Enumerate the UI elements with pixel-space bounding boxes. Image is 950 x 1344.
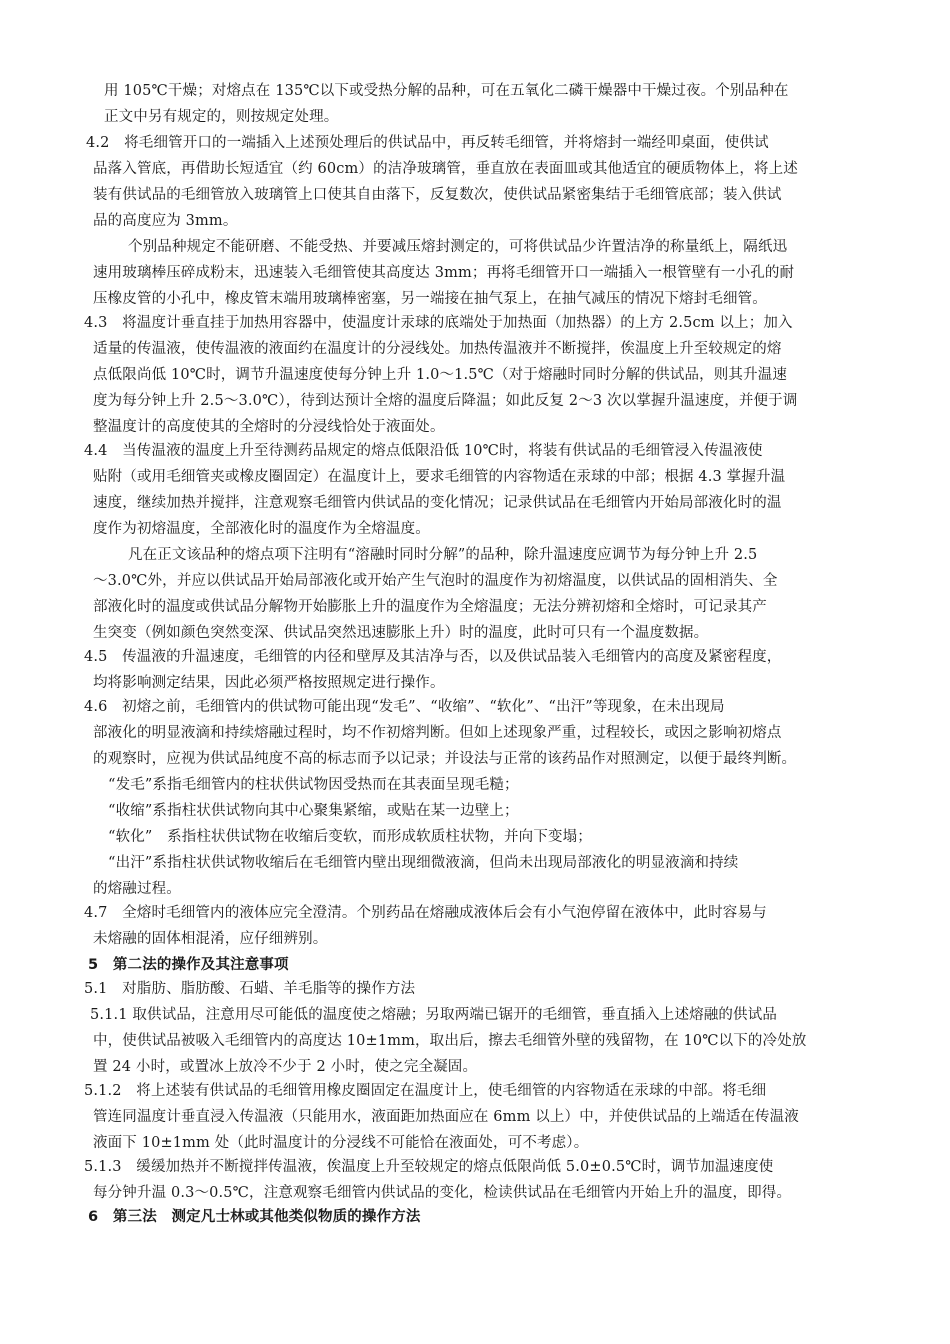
- text-line: 部液化的明显液滴和持续熔融过程时，均不作初熔判断。但如上述现象严重，过程较长，或…: [93, 722, 782, 744]
- text-line: “软化” 系指柱状供试物在收缩后变软，而形成软质柱状物，并向下变塌；: [108, 826, 592, 848]
- text-line: 5.1.2 将上述装有供试品的毛细管用橡皮圈固定在温度计上，使毛细管的内容物适在…: [84, 1080, 766, 1102]
- text-line: 4.3 将温度计垂直挂于加热用容器中，使温度计汞球的底端处于加热面（加热器）的上…: [84, 312, 793, 334]
- text-line: “出汗”系指柱状供试物收缩后在毛细管内壁出现细微液滴，但尚未出现局部液化的明显液…: [108, 852, 738, 874]
- text-line: ～3.0℃外，并应以供试品开始局部液化或开始产生气泡时的温度作为初熔温度，以供试…: [93, 570, 777, 592]
- text-line: 5.1 对脂肪、脂肪酸、石蜡、羊毛脂等的操作方法: [84, 978, 415, 1000]
- text-line: 4.5 传温液的升温速度，毛细管的内径和壁厚及其洁净与否，以及供试品装入毛细管内…: [84, 646, 781, 668]
- text-line: 压橡皮管的小孔中，橡皮管末端用玻璃棒密塞，另一端接在抽气泵上，在抽气减压的情况下…: [93, 288, 767, 310]
- text-line: “收缩”系指柱状供试物向其中心聚集紧缩，或贴在某一边壁上；: [108, 800, 519, 822]
- text-line: 中，使供试品被吸入毛细管内的高度达 10±1mm，取出后，擦去毛细管外壁的残留物…: [93, 1030, 807, 1052]
- text-line: 适量的传温液，使传温液的液面约在温度计的分浸线处。加热传温液并不断搅拌，俟温度上…: [93, 338, 782, 360]
- text-line: 用 105℃干燥；对熔点在 135℃以下或受热分解的品种，可在五氧化二磷干燥器中…: [104, 80, 789, 102]
- text-line: 置 24 小时，或置冰上放冷不少于 2 小时，使之完全凝固。: [93, 1056, 477, 1078]
- text-line: 部液化时的温度或供试品分解物开始膨胀上升的温度作为全熔温度；无法分辨初熔和全熔时…: [93, 596, 767, 618]
- text-line: 度为每分钟上升 2.5～3.0℃），待到达预计全熔的温度后降温；如此反复 2～3…: [93, 390, 797, 412]
- section-heading: 6 第三法 测定凡士林或其他类似物质的操作方法: [88, 1206, 421, 1228]
- text-line: 品落入管底，再借助长短适宜（约 60cm）的洁净玻璃管，垂直放在表面皿或其他适宜…: [93, 158, 798, 180]
- text-line: 品的高度应为 3mm。: [93, 210, 237, 232]
- text-line: 速度，继续加热并搅拌，注意观察毛细管内供试品的变化情况；记录供试品在毛细管内开始…: [93, 492, 782, 514]
- text-line: 5.1.3 缓缓加热并不断搅拌传温液，俟温度上升至较规定的熔点低限尚低 5.0±…: [84, 1156, 773, 1178]
- text-line: 凡在正文该品种的熔点项下注明有“溶融时同时分解”的品种，除升温速度应调节为每分钟…: [128, 544, 757, 566]
- text-line: 每分钟升温 0.3～0.5℃，注意观察毛细管内供试品的变化，检读供试品在毛细管内…: [93, 1182, 791, 1204]
- text-line: 4.6 初熔之前，毛细管内的供试物可能出现“发毛”、“收缩”、“软化”、“出汗”…: [84, 696, 725, 718]
- text-line: 个别品种规定不能研磨、不能受热、并要减压熔封测定的，可将供试品少许置洁净的称量纸…: [128, 236, 787, 258]
- text-line: 度作为初熔温度，全部液化时的温度作为全熔温度。: [93, 518, 430, 540]
- text-line: 4.7 全熔时毛细管内的液体应完全澄清。个别药品在熔融成液体后会有小气泡停留在液…: [84, 902, 767, 924]
- text-line: “发毛”系指毛细管内的柱状供试物因受热而在其表面呈现毛糙；: [108, 774, 519, 796]
- text-line: 4.2 将毛细管开口的一端插入上述预处理后的供试品中，再反转毛细管，并将熔封一端…: [86, 132, 769, 154]
- text-line: 生突变（例如颜色突然变深、供试品突然迅速膨胀上升）时的温度，此时可只有一个温度数…: [93, 622, 708, 644]
- text-line: 液面下 10±1mm 处（此时温度计的分浸线不可能恰在液面处，可不考虑）。: [93, 1132, 588, 1154]
- text-line: 装有供试品的毛细管放入玻璃管上口使其自由落下，反复数次，使供试品紧密集结于毛细管…: [93, 184, 782, 206]
- text-line: 均将影响测定结果，因此必须严格按照规定进行操作。: [93, 672, 445, 694]
- text-line: 5.1.1 取供试品，注意用尽可能低的温度使之熔融；另取两端已锯开的毛细管，垂直…: [90, 1004, 777, 1026]
- text-line: 未熔融的固体相混淆，应仔细辨别。: [93, 928, 327, 950]
- text-line: 点低限尚低 10℃时，调节升温速度使每分钟上升 1.0～1.5℃（对于熔融时同时…: [93, 364, 787, 386]
- text-line: 的熔融过程。: [93, 878, 181, 900]
- document-page: 用 105℃干燥；对熔点在 135℃以下或受热分解的品种，可在五氧化二磷干燥器中…: [0, 0, 950, 1344]
- text-line: 4.4 当传温液的温度上升至待测药品规定的熔点低限沿低 10℃时，将装有供试品的…: [84, 440, 763, 462]
- text-line: 的观察时，应视为供试品纯度不高的标志而予以记录；并设法与正常的该药品作对照测定，…: [93, 748, 796, 770]
- text-line: 速用玻璃棒压碎成粉末，迅速装入毛细管使其高度达 3mm；再将毛细管开口一端插入一…: [93, 262, 794, 284]
- text-line: 管连同温度计垂直浸入传温液（只能用水，液面距加热面应在 6mm 以上）中，并使供…: [93, 1106, 799, 1128]
- text-line: 整温度计的高度使其的全熔时的分浸线恰处于液面处。: [93, 416, 445, 438]
- text-line: 正文中另有规定的，则按规定处理。: [104, 106, 338, 128]
- text-line: 贴附（或用毛细管夹或橡皮圈固定）在温度计上，要求毛细管的内容物适在汞球的中部；根…: [93, 466, 785, 488]
- section-heading: 5 第二法的操作及其注意事项: [88, 954, 289, 976]
